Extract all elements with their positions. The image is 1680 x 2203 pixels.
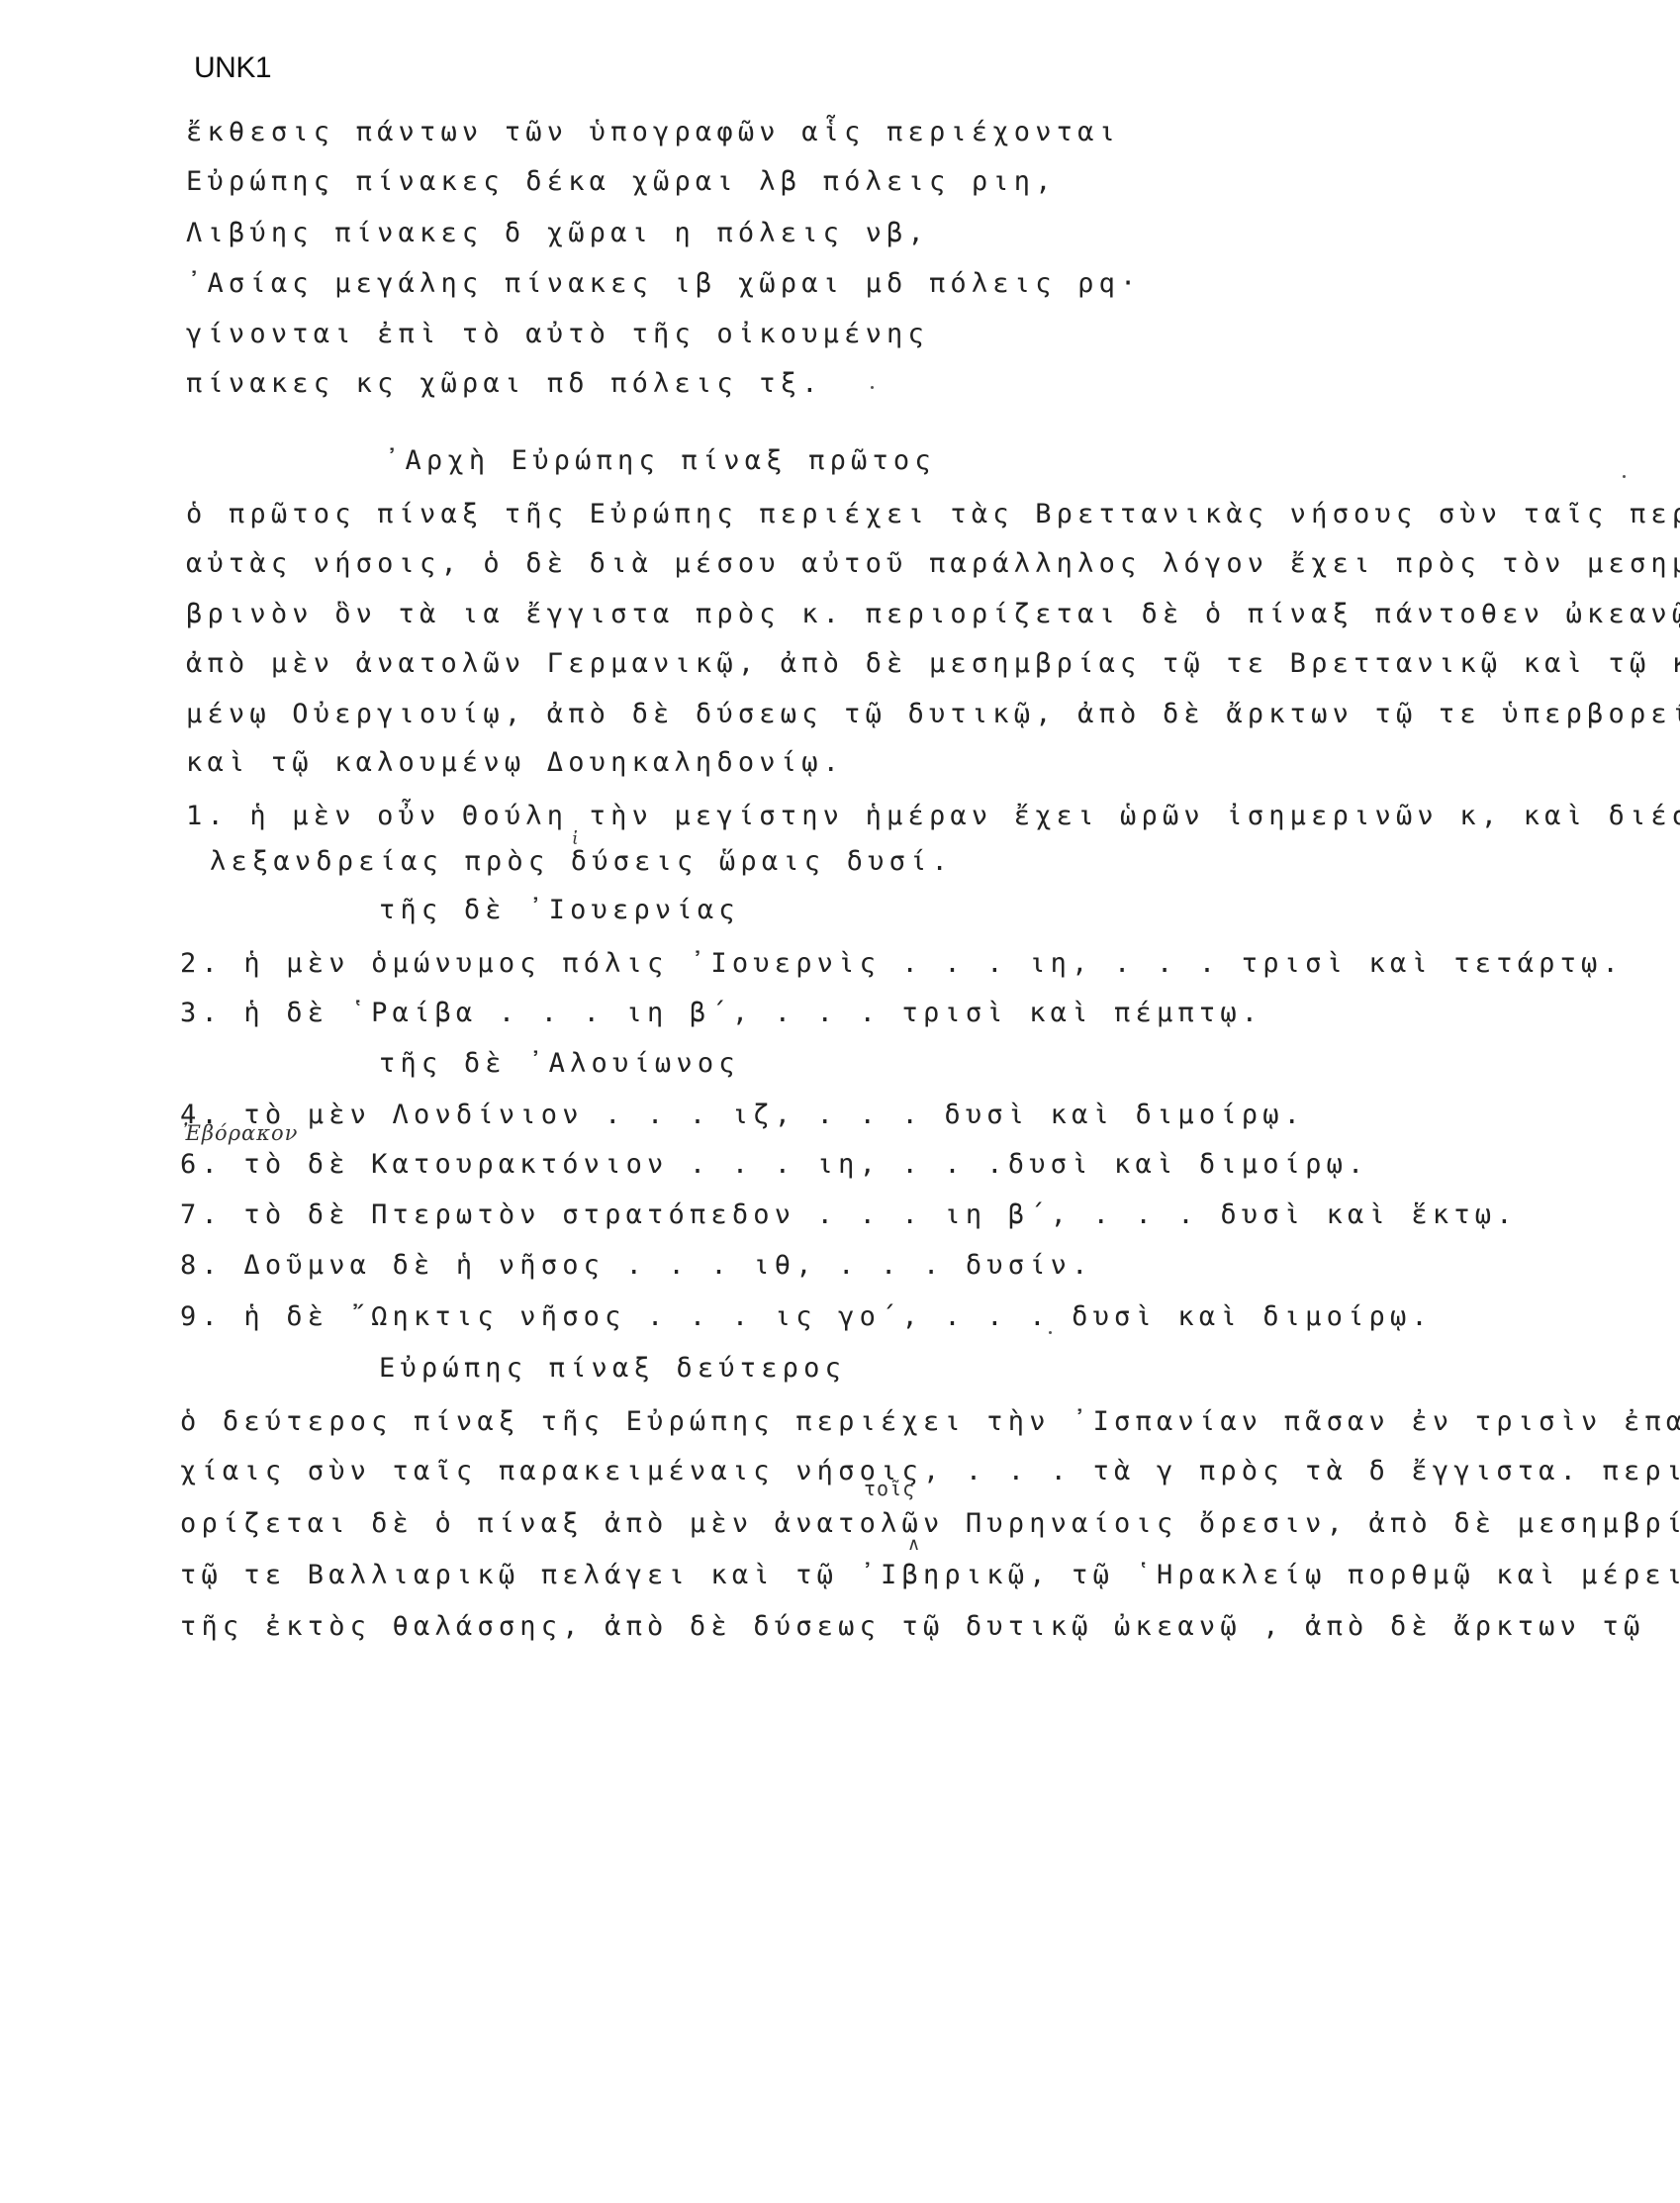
section-heading-1: ᾿Αρχὴ Εὐρώπης πίναξ πρῶτος (384, 447, 936, 474)
paragraph-1-line: αὐτὰς νήσοις, ὁ δὲ διὰ μέσου αὐτοῦ παράλ… (186, 550, 1680, 577)
paragraph-1-line: καὶ τῷ καλουμένῳ Δουηκαληδονίῳ. (186, 749, 844, 776)
entry-line: λεξανδρείας πρὸς δύσεις ὥραις δυσί. (210, 848, 953, 875)
entry-line: 1. ἡ μὲν οὖν Θούλη τὴν μεγίστην ἡμέραν ἔ… (186, 803, 1680, 829)
subheading: τῆς δὲ ᾿Αλουίωνος (379, 1050, 740, 1077)
paragraph-2-line: χίαις σὺν ταῖς παρακειμέναις νήσοις, . .… (180, 1458, 1680, 1485)
entry-line: 8. Δοῦμνα δὲ ἡ νῆσος . . . ιθ, . . . δυσ… (180, 1252, 1093, 1279)
paragraph-2-line: ορίζεται δὲ ὁ πίναξ ἀπὸ μὲν ἀνατολῶν Πυρ… (180, 1510, 1680, 1537)
scan-speck (1049, 1331, 1052, 1334)
paragraph-2-line: ὁ δεύτερος πίναξ τῆς Εὐρώπης περιέχει τὴ… (180, 1408, 1680, 1435)
scan-speck (1623, 475, 1626, 478)
paragraph-1-line: ὁ πρῶτος πίναξ τῆς Εὐρώπης περιέχει τὰς … (186, 501, 1680, 527)
summary-line: Λιβύης πίνακες δ χῶραι η πόλεις νβ, (186, 220, 929, 246)
handwritten-annotation: τοῖς (864, 1477, 915, 1500)
summary-line: ᾿Ασίας μεγάλης πίνακες ιβ χῶραι μδ πόλει… (186, 270, 1142, 297)
entry-line: 3. ἡ δὲ ῾Ραίβα . . . ιη β΄, . . . τρισὶ … (180, 1000, 1262, 1026)
summary-line: πίνακες κς χῶραι πδ πόλεις τξ. (186, 370, 823, 397)
entry-line: 9. ἡ δὲ ῎Ωηκτις νῆσος . . . ις γο΄, . . … (180, 1303, 1433, 1330)
paragraph-2-line: τῆς ἐκτὸς θαλάσσης, ἀπὸ δὲ δύσεως τῷ δυτ… (180, 1613, 1644, 1640)
entry-line: 4. τὸ μὲν Λονδίνιον . . . ιζ, . . . δυσὶ… (180, 1101, 1305, 1128)
entry-line: 7. τὸ δὲ Πτερωτὸν στρατόπεδον . . . ιη β… (180, 1201, 1518, 1228)
insertion-caret: ∧ (907, 1534, 920, 1555)
summary-line: ἔκθεσις πάντων τῶν ὑπογραφῶν αἷς περιέχο… (186, 119, 1120, 145)
paragraph-1-line: βρινὸν ὃν τὰ ια ἔγγιστα πρὸς κ. περιορίζ… (186, 601, 1680, 627)
paragraph-1-line: ἀπὸ μὲν ἀνατολῶν Γερμανικῷ, ἀπὸ δὲ μεσημ… (186, 650, 1680, 677)
scan-speck (322, 192, 325, 195)
paragraph-2-line: τῷ τε Βαλλιαρικῷ πελάγει καὶ τῷ ᾿Ιβηρικῷ… (180, 1562, 1680, 1588)
summary-line: Εὐρώπης πίνακες δέκα χῶραι λβ πόλεις ριη… (186, 168, 1057, 195)
section-heading-2: Εὐρώπης πίναξ δεύτερος (379, 1355, 846, 1382)
summary-line: γίνονται ἐπὶ τὸ αὐτὸ τῆς οἰκουμένης (186, 321, 929, 347)
document-label: UNK1 (194, 51, 271, 85)
scan-speck (871, 386, 874, 389)
entry-line: 6. τὸ δὲ Κατουρακτόνιον . . . ιη, . . .δ… (180, 1151, 1369, 1178)
entry-line: 2. ἡ μὲν ὁμώνυμος πόλις ᾿Ιουερνὶς . . . … (180, 950, 1624, 977)
handwritten-annotation: Ἐβόρακον (183, 1121, 298, 1145)
subheading: τῆς δὲ ᾿Ιουερνίας (379, 897, 740, 923)
paragraph-1-line: μένῳ Οὐεργιουίῳ, ἀπὸ δὲ δύσεως τῷ δυτικῷ… (186, 701, 1680, 727)
